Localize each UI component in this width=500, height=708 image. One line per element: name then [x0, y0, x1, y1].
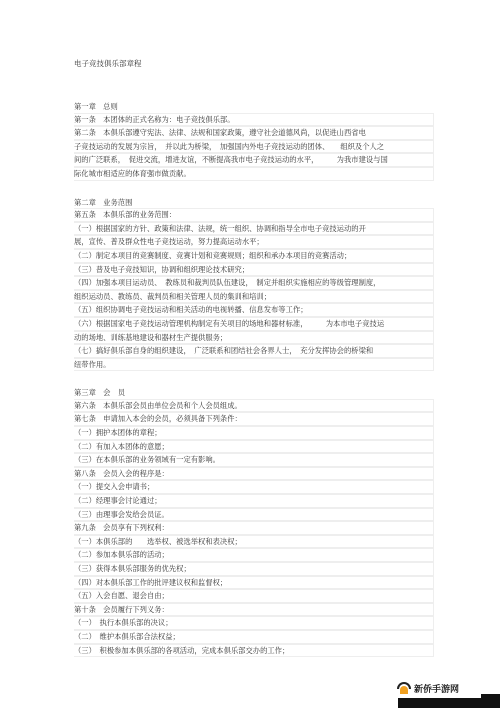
document-line: （一）提交入会申请书；	[74, 480, 434, 494]
chapter-heading: 第三章 会 员	[74, 387, 434, 399]
document-line: 动的场地、训练基地建设和器材生产提供服务；	[74, 331, 434, 345]
watermark-logo: 新侨手游网	[394, 678, 481, 698]
document-body: 第一章 总则第一条 本团体的正式名称为：电子竞技俱乐部。第二条 本俱乐部遵守宪法…	[74, 101, 434, 657]
document-line: 第六条 本俱乐部会员由单位会员和个人会员组成。	[74, 399, 434, 413]
document-line: （三）获得本俱乐部服务的优先权；	[74, 562, 434, 576]
watermark-badge: 新侨手游网	[388, 668, 500, 708]
document-line: 纽带作用。	[74, 358, 434, 372]
document-line: （三） 积极参加本俱乐部的各项活动，完成本俱乐部交办的工作；	[74, 644, 434, 658]
document-line: （一）根据国家的方针、政策和法律、法规，统一组织、协调和指导全市电子竞技运动的开	[74, 222, 434, 236]
document-line: 第一条 本团体的正式名称为：电子竞技俱乐部。	[74, 113, 434, 127]
document-page: 电子竞技俱乐部章程 第一章 总则第一条 本团体的正式名称为：电子竞技俱乐部。第二…	[74, 58, 434, 673]
document-line: 第七条 申请加入本会的会员，必须具备下列条件：	[74, 412, 434, 426]
document-line: （六）根据国家电子竞技运动管理机构制定有关项目的场地和器材标准， 为本市电子竞技…	[74, 317, 434, 331]
house-logo-icon	[397, 682, 411, 694]
document-line: （四）加强本项目运动员、 教练员和裁判员队伍建设， 制定并组织实施相应的等级管理…	[74, 276, 434, 290]
document-section: 第二章 业务范围第五条 本俱乐部的业务范围：（一）根据国家的方针、政策和法律、法…	[74, 197, 434, 372]
document-line: 第九条 会员享有下列权利：	[74, 521, 434, 535]
document-section: 第三章 会 员第六条 本俱乐部会员由单位会员和个人会员组成。第七条 申请加入本会…	[74, 387, 434, 657]
document-line: 间的广泛联系， 促进交流，增进友谊，不断提高我市电子竞技运动的水平， 为我市建设…	[74, 153, 434, 167]
document-line: （二）制定本项目的竞赛制度、竞赛计划和竞赛规则；组织和承办本项目的竞赛活动；	[74, 249, 434, 263]
watermark-text: 新侨手游网	[414, 682, 459, 695]
document-line: 第五条 本俱乐部的业务范围：	[74, 208, 434, 222]
document-line: 组织运动员、教练员、裁判员和相关管理人员的集训和培训；	[74, 290, 434, 304]
chapter-heading: 第二章 业务范围	[74, 197, 434, 209]
document-line: （二）经理事会讨论通过；	[74, 494, 434, 508]
document-line: （三）由理事会发给会员证。	[74, 508, 434, 522]
document-line: （七）搞好俱乐部自身的组织建设， 广泛联系和团结社会各界人士， 充分发挥协会的桥…	[74, 344, 434, 358]
document-title: 电子竞技俱乐部章程	[74, 58, 434, 69]
document-section: 第一章 总则第一条 本团体的正式名称为：电子竞技俱乐部。第二条 本俱乐部遵守宪法…	[74, 101, 434, 181]
document-line: （二） 维护本俱乐部合法权益；	[74, 630, 434, 644]
chapter-heading: 第一章 总则	[74, 101, 434, 113]
document-line: （五）入会自愿、退会自由；	[74, 589, 434, 603]
document-line: 子竞技运动的发展为宗旨， 并以此为桥梁， 加强国内外电子竞技运动的团体、 组织及…	[74, 140, 434, 154]
document-line: 第二条 本俱乐部遵守宪法、法律、法规和国家政策，遵守社会道德风尚，以促进山西省电	[74, 126, 434, 140]
document-line: （二）参加本俱乐部的活动；	[74, 548, 434, 562]
document-line: （一）本俱乐部的 选举权、被选举权和表决权；	[74, 535, 434, 549]
document-line: 展，宣传、普及群众性电子竞技运动，努力提高运动水平；	[74, 235, 434, 249]
document-line: （一）拥护本团体的章程；	[74, 426, 434, 440]
document-line: 第八条 会员入会的程序是：	[74, 467, 434, 481]
document-line: （二）有加入本团体的意愿；	[74, 440, 434, 454]
document-line: （三）普及电子竞技知识，协调和组织理论技术研究；	[74, 263, 434, 277]
document-line: （三）在本俱乐部的业务领域有一定有影响。	[74, 453, 434, 467]
document-line: （五）组织协调电子竞技运动和相关活动的电视转播、信息发布等工作；	[74, 303, 434, 317]
document-line: 第十条 会员履行下列义务：	[74, 603, 434, 617]
document-line: （一） 执行本俱乐部的决议；	[74, 616, 434, 630]
document-line: 际化城市相适应的体育强市做贡献。	[74, 167, 434, 181]
document-line: （四）对本俱乐部工作的批评建议权和监督权；	[74, 576, 434, 590]
